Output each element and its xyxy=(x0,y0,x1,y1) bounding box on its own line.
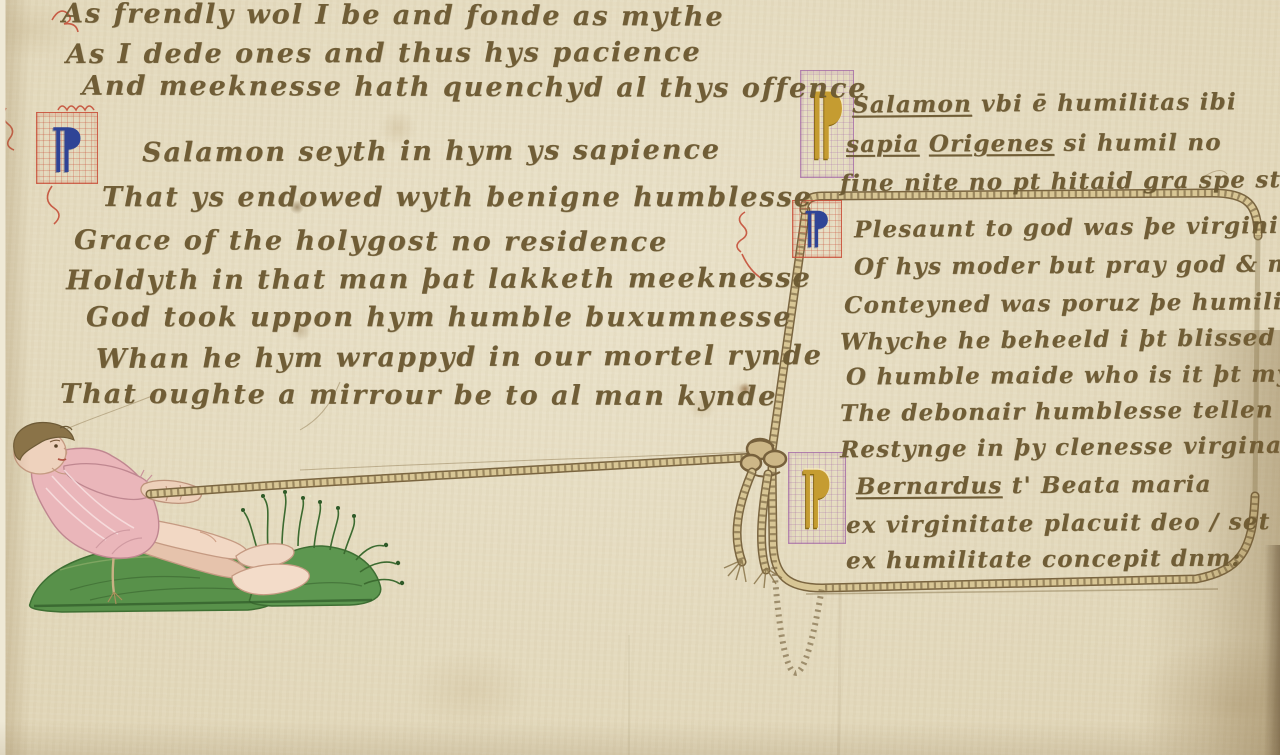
manuscript-page: ¶ ¶ ¶ ¶ As frendly wol I be and fonde as… xyxy=(0,0,1280,755)
paraph-initial-stanza: ¶ xyxy=(36,112,98,184)
panel-line: ex virginitate placuit deo / set xyxy=(846,508,1271,539)
verse-line: And meeknesse hath quenchyd al thys offe… xyxy=(82,71,868,105)
verse-line: As frendly wol I be and fonde as mythe xyxy=(62,0,725,33)
panel-line: Bernardus t' Beata maria xyxy=(856,471,1212,500)
verse-line: Holdyth in that man þat lakketh meekness… xyxy=(66,263,812,297)
verse-line: God took uppon hym humble buxumnesse xyxy=(86,302,792,333)
paraph-initial-bernardus: ¶ xyxy=(788,452,846,544)
pull-rope xyxy=(150,457,755,494)
panel-line: O humble maide who is it þt my xyxy=(846,360,1280,390)
panel-line: Of hys moder but pray god & ma xyxy=(854,250,1280,280)
panel-line: Conteyned was poruz þe humilite xyxy=(844,288,1280,319)
paraph-glyph: ¶ xyxy=(50,121,84,175)
panel-line: ex humilitate concepit dnm: xyxy=(846,545,1242,575)
verse-line: Grace of the holygost no residence xyxy=(74,225,668,258)
gloss-line: sapia Origenes si humil no xyxy=(846,129,1222,158)
panel-line: The debonair humblesse tellen al xyxy=(840,396,1280,427)
panel-line: Whyche he beheeld i þt blissed wor xyxy=(840,323,1280,355)
verse-line: Salamon seyth in hym ys sapience xyxy=(142,134,721,168)
verse-line: As I dede ones and thus hys pacience xyxy=(66,37,702,70)
paraph-glyph: ¶ xyxy=(800,463,833,533)
verse-line: That oughte a mirrour be to al man kynde xyxy=(60,379,777,413)
verse-line: Whan he hym wrappyd in our mortel rynde xyxy=(96,340,823,375)
gloss-line: Salamon vbi ē humilitas ibi xyxy=(852,88,1237,118)
verse-line: That ys endowed wyth benigne humblesse xyxy=(102,182,813,213)
panel-line: Plesaunt to god was þe virginite xyxy=(854,212,1280,244)
panel-line: Restynge in þy clenesse virginal xyxy=(840,432,1280,464)
gloss-line: fine nite no pt hitaid gra spe std: xyxy=(840,166,1280,197)
paraph-glyph: ¶ xyxy=(803,207,831,251)
